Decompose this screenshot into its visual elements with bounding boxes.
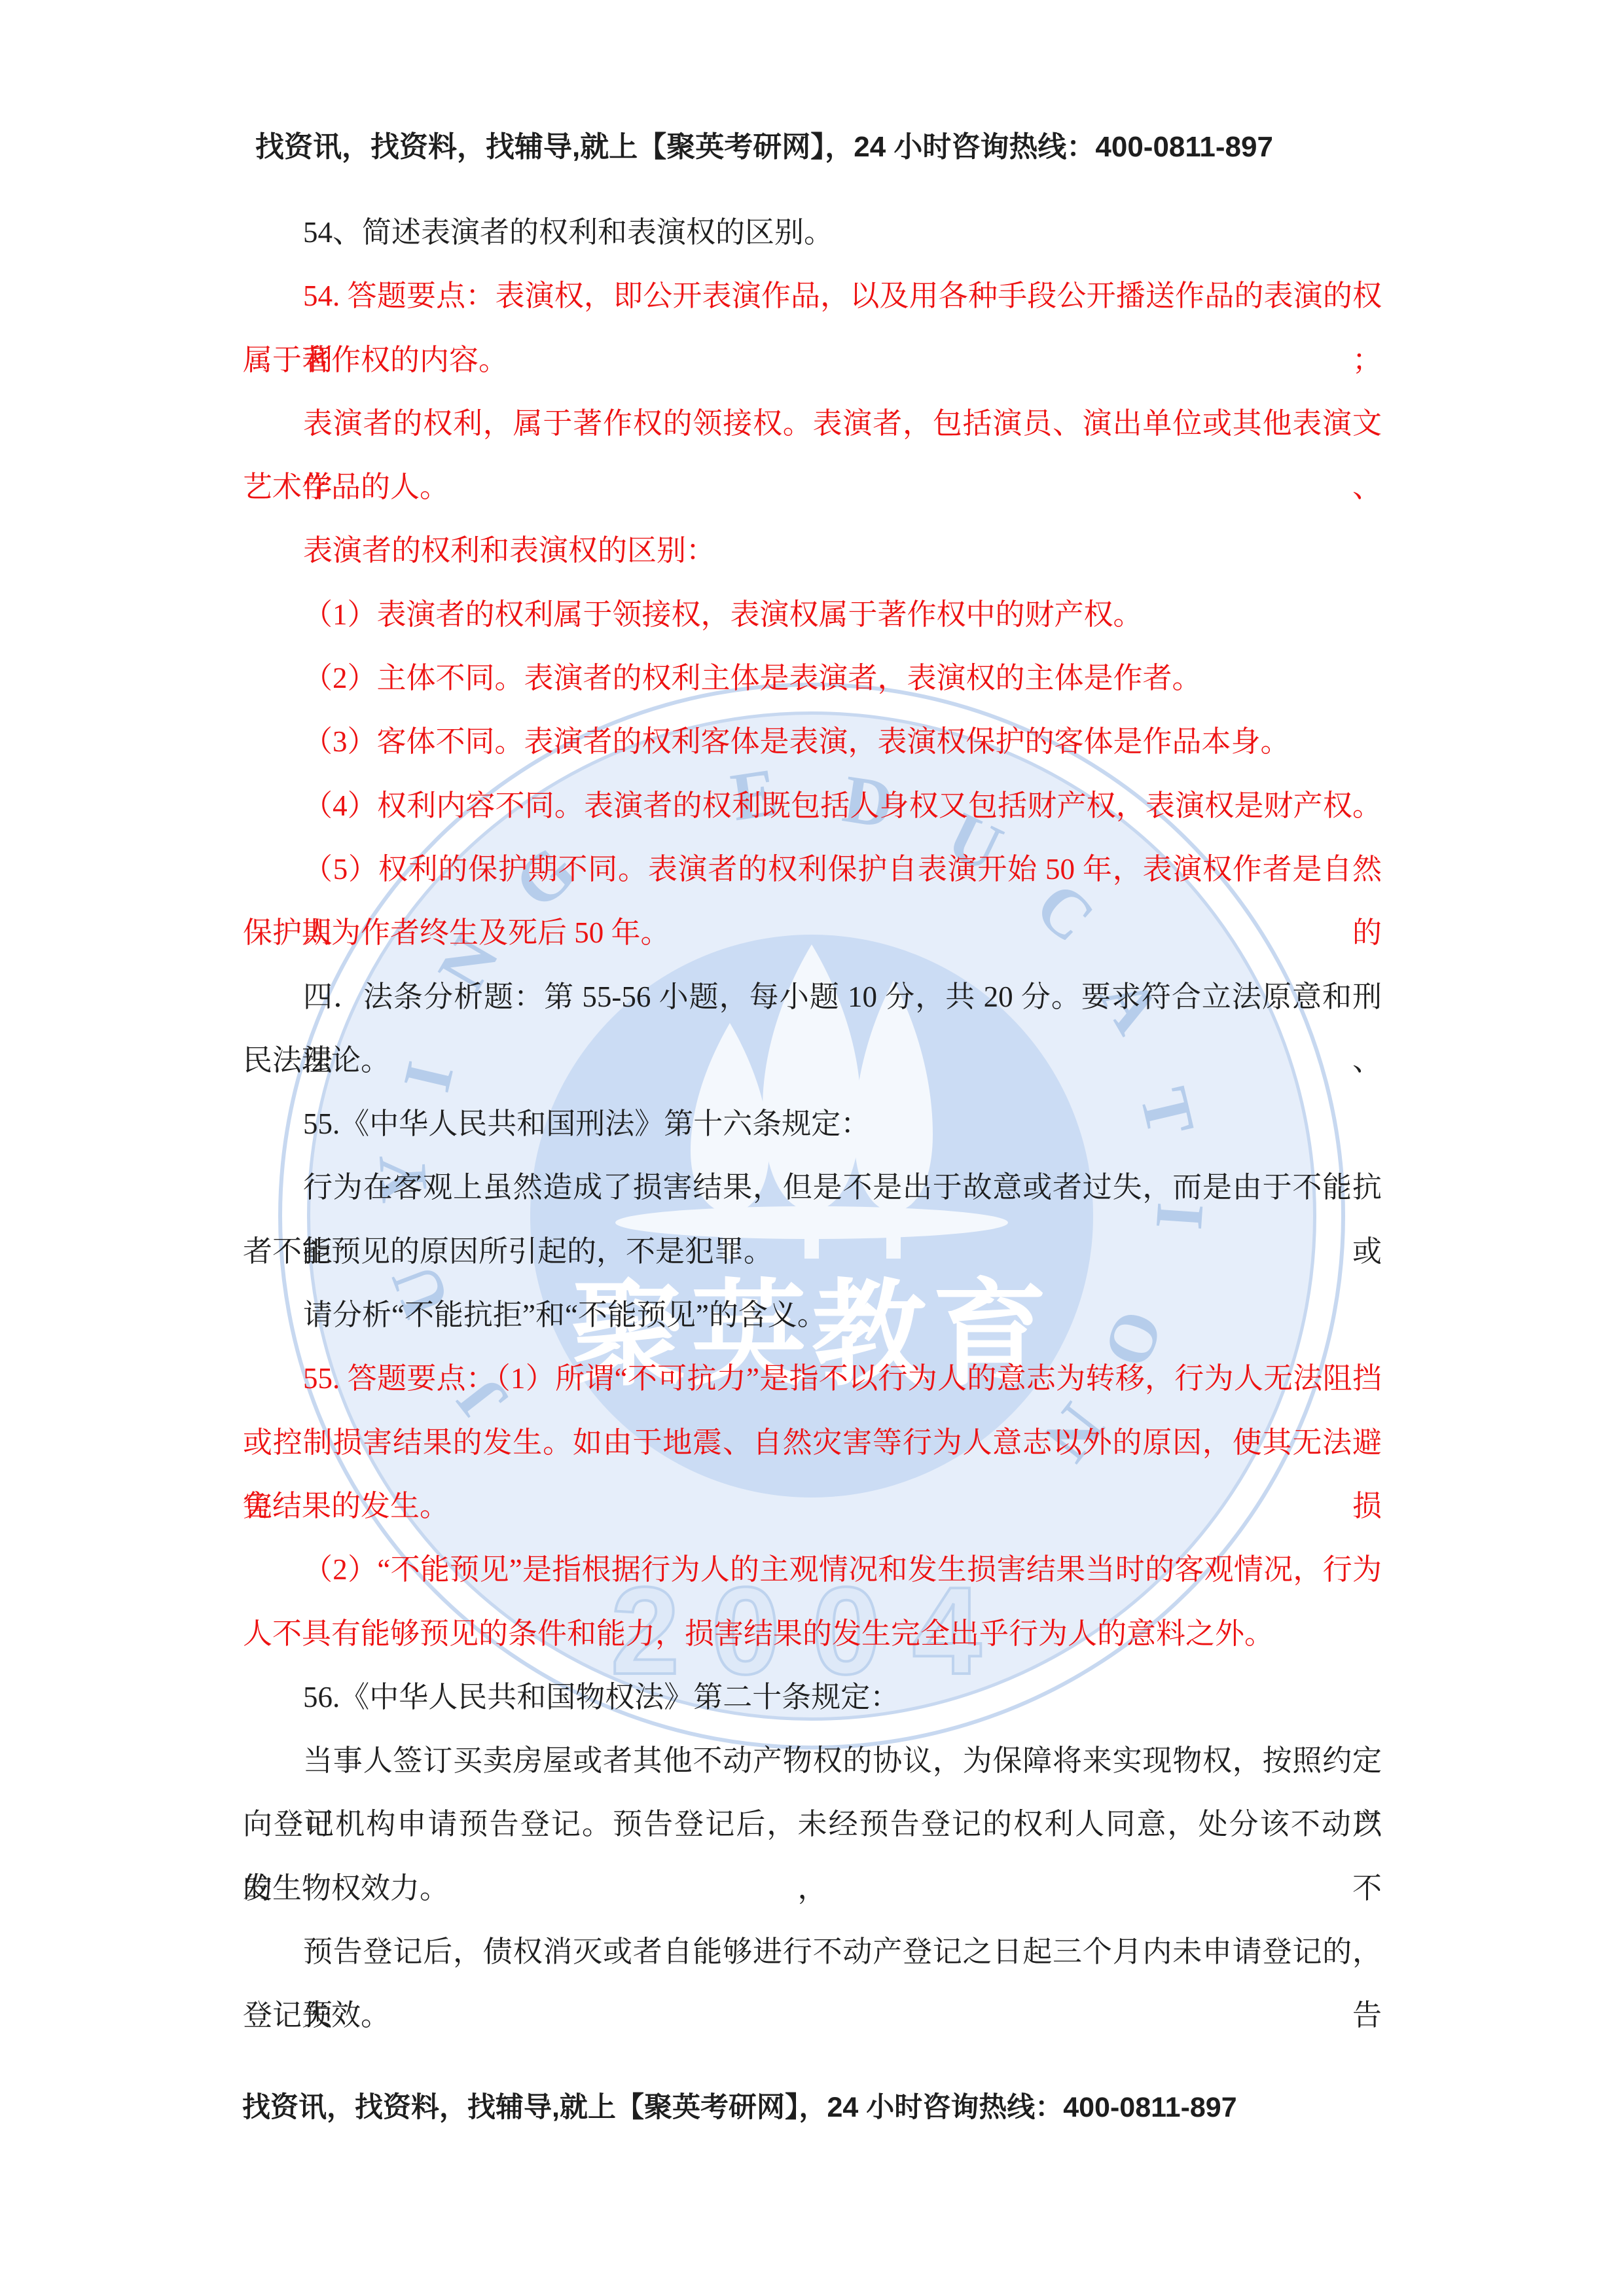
text-line: 表演者的权利和表演权的区别：: [243, 519, 1382, 583]
text-line: 55.《中华人民共和国刑法》第十六条规定：: [243, 1092, 1382, 1156]
text-line: （2）主体不同。表演者的权利主体是表演者，表演权的主体是作者。: [243, 647, 1382, 710]
text-line: 当事人签订买卖房屋或者其他不动产物权的协议，为保障将来实现物权，按照约定可以: [243, 1729, 1382, 1793]
text-line: （1）表演者的权利属于领接权，表演权属于著作权中的财产权。: [243, 583, 1382, 647]
text-line: 54. 答题要点：表演权，即公开表演作品，以及用各种手段公开播送作品的表演的权利…: [243, 264, 1382, 328]
text-line: 表演者的权利，属于著作权的领接权。表演者，包括演员、演出单位或其他表演文学、: [243, 392, 1382, 456]
text-line: 人不具有能够预见的条件和能力，损害结果的发生完全出乎行为人的意料之外。: [243, 1602, 1382, 1666]
text-line: 预告登记后，债权消灭或者自能够进行不动产登记之日起三个月内未申请登记的，预告: [243, 1920, 1382, 1984]
page-header-text: 找资讯，找资料，找辅导,就上【聚英考研网】，24 小时咨询热线：400-0811…: [255, 123, 1394, 165]
text-line: 55. 答题要点：（1）所谓“不可抗力”是指不以行为人的意志为转移，行为人无法阻…: [243, 1347, 1382, 1410]
text-line: 向登记机构申请预告登记。预告登记后，未经预告登记的权利人同意，处分该不动产的，不: [243, 1793, 1382, 1856]
text-line: 56.《中华人民共和国物权法》第二十条规定：: [243, 1666, 1382, 1729]
text-line: （5）权利的保护期不同。表演者的权利保护自表演开始 50 年，表演权作者是自然人…: [243, 838, 1382, 901]
text-line: 行为在客观上虽然造成了损害结果，但是不是出于故意或者过失，而是由于不能抗拒或: [243, 1156, 1382, 1219]
page-footer-text: 找资讯，找资料，找辅导,就上【聚英考研网】，24 小时咨询热线：400-0811…: [242, 2085, 1394, 2125]
text-line: （4）权利内容不同。表演者的权利既包括人身权又包括财产权，表演权是财产权。: [243, 774, 1382, 838]
text-line: （2）“不能预见”是指根据行为人的主观情况和发生损害结果当时的客观情况，行为: [243, 1538, 1382, 1602]
text-line: （3）客体不同。表演者的权利客体是表演，表演权保护的客体是作品本身。: [243, 710, 1382, 774]
text-line: 四．法条分析题：第 55-56 小题，每小题 10 分，共 20 分。要求符合立…: [243, 965, 1382, 1029]
document-body: 54、简述表演者的权利和表演权的区别。54. 答题要点：表演权，即公开表演作品，…: [243, 201, 1382, 2048]
text-line: 请分析“不能抗拒”和“不能预见”的含义。: [243, 1283, 1382, 1347]
text-line: 54、简述表演者的权利和表演权的区别。: [243, 201, 1382, 264]
document-page: JUYINGEDUCATION 聚英教育 2004 找资讯，找资料，找辅导,就上…: [0, 0, 1624, 2296]
text-line: 或控制损害结果的发生。如由于地震、自然灾害等行为人意志以外的原因，使其无法避免损: [243, 1411, 1382, 1475]
